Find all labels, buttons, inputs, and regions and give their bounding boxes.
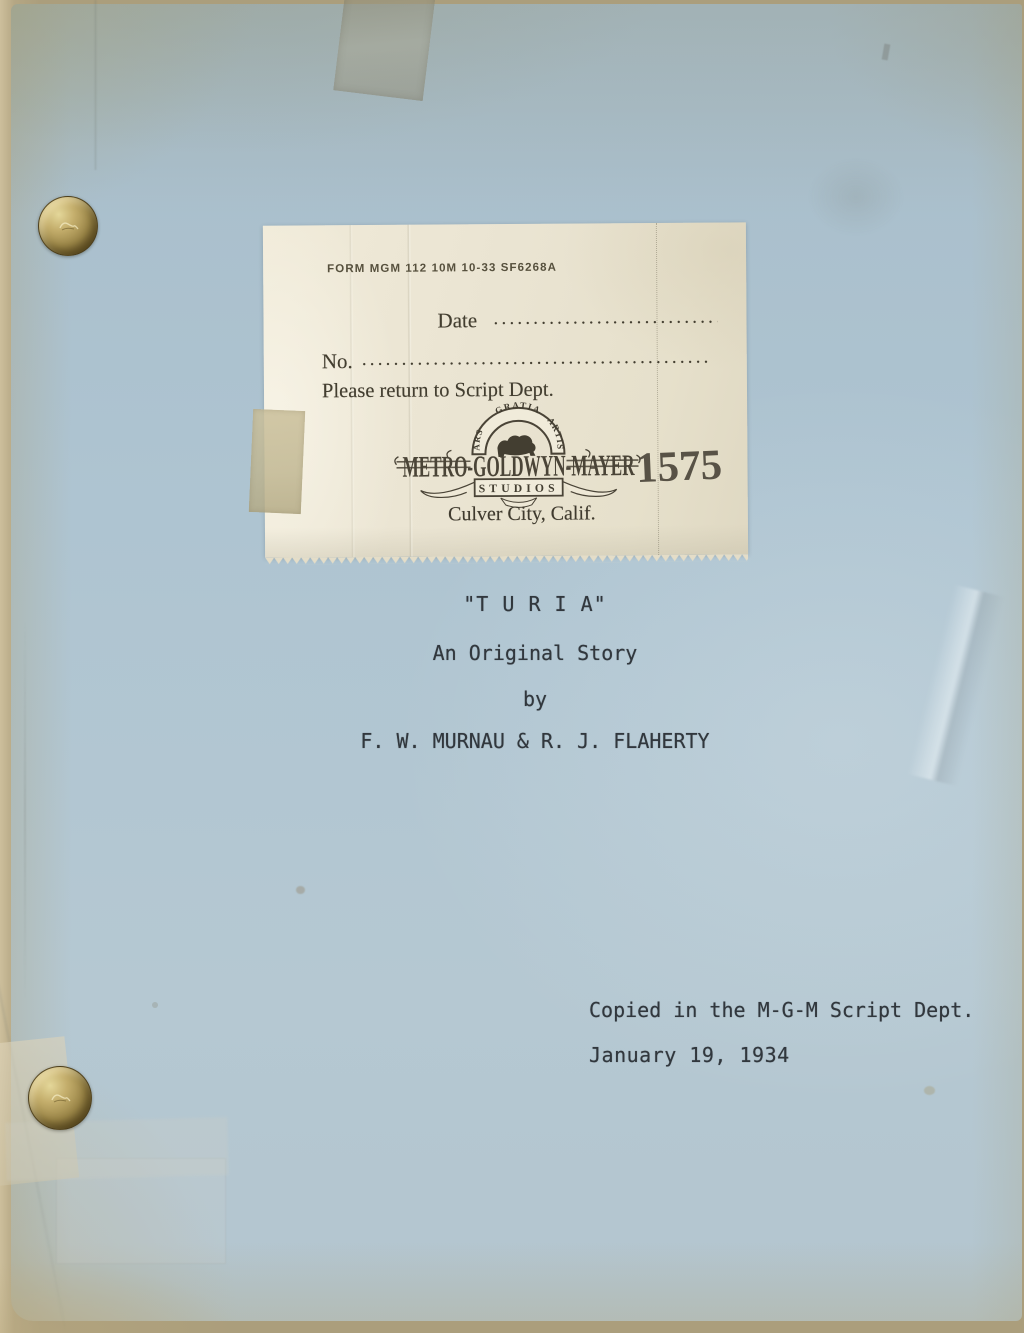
tape-label-left (249, 409, 305, 514)
date-dotted-line: .................................. (493, 307, 717, 331)
tape-residue-strip (5, 1117, 228, 1181)
ribbon-left (421, 482, 475, 497)
ribbon-right (563, 481, 617, 496)
script-cover-photo: FORM MGM 112 10M 10-33 SF6268A Date ....… (0, 0, 1024, 1333)
script-title: "T U R I A" (322, 592, 748, 616)
return-label: FORM MGM 112 10M 10-33 SF6268A Date ....… (263, 222, 748, 557)
studios-banner-text: STUDIOS (479, 483, 559, 496)
date-field: Date .................................. (437, 307, 717, 339)
number-label: No. (322, 349, 353, 373)
brass-brad-top (38, 196, 98, 256)
stamped-number: 1575 (635, 442, 723, 493)
brad-emboss-icon (56, 218, 80, 234)
title-block: "T U R I A" An Original Story by F. W. M… (322, 588, 748, 758)
copy-stamp-block: Copied in the M-G-M Script Dept. January… (589, 998, 974, 1067)
brad-emboss-icon (48, 1090, 72, 1106)
copied-line: Copied in the M-G-M Script Dept. (589, 998, 974, 1022)
date-label: Date (437, 308, 477, 332)
return-instruction: Please return to Script Dept. (322, 379, 554, 404)
number-field: No. ....................................… (322, 347, 714, 380)
mgm-logo: ARS GRATIA ARTIS METRO-GOLDWYN-MAYER STU… (390, 400, 731, 514)
authors: F. W. MURNAU & R. J. FLAHERTY (322, 729, 748, 753)
byline: by (322, 687, 748, 711)
date-line: January 19, 1934 (589, 1043, 974, 1067)
tape-top (333, 0, 436, 101)
number-dotted-line: ........................................… (362, 347, 710, 371)
script-subtitle: An Original Story (322, 641, 748, 665)
brass-brad-bottom (28, 1066, 92, 1130)
city-line: Culver City, Calif. (297, 501, 747, 527)
form-number: FORM MGM 112 10M 10-33 SF6268A (327, 262, 557, 276)
